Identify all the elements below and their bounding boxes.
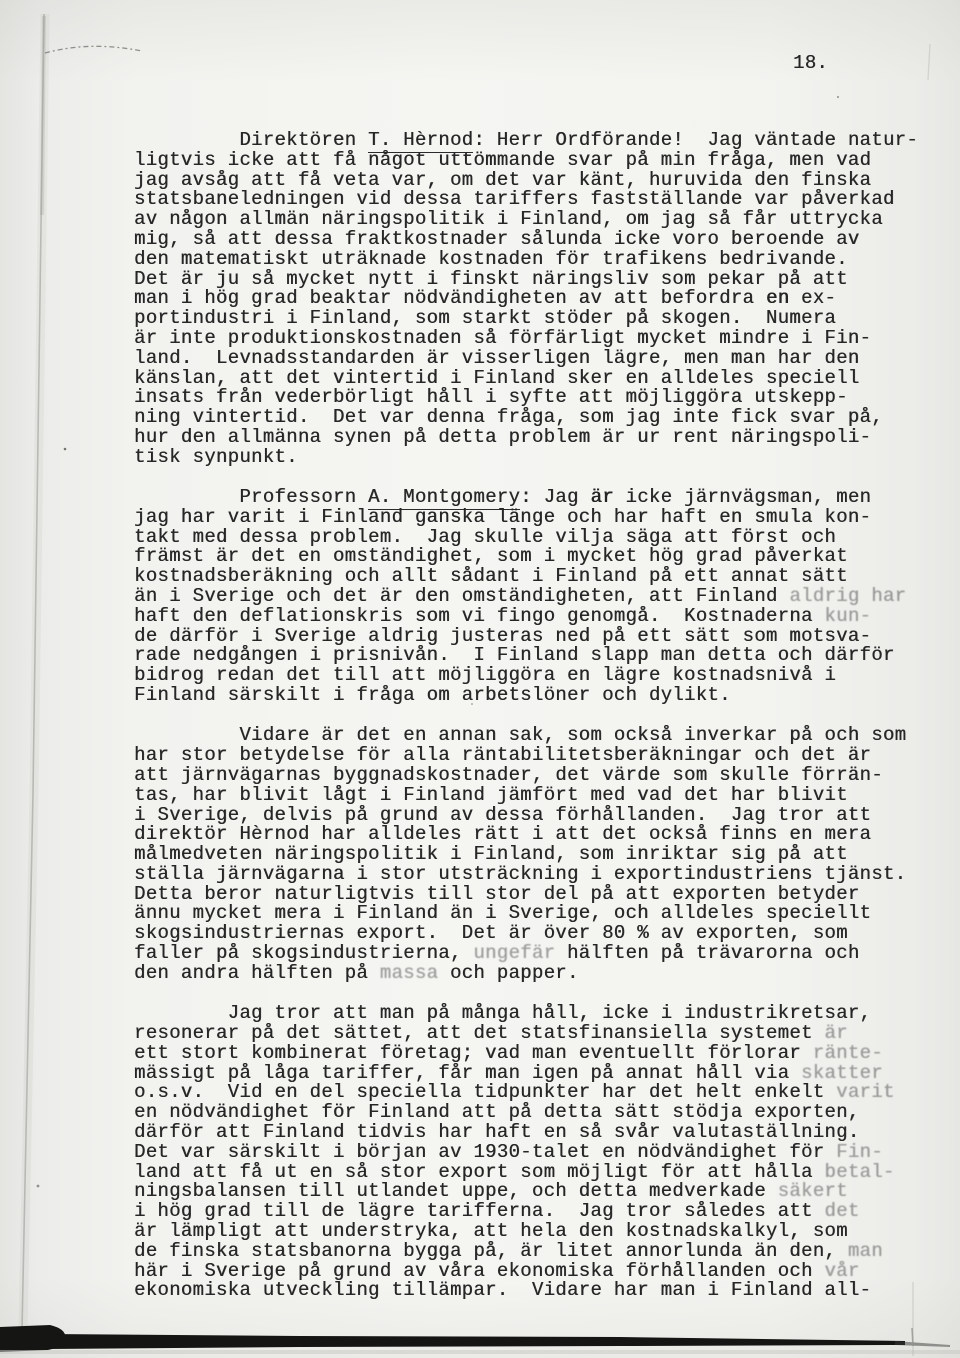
text-segment: tas, har blivit lågt i Finland jämfört m… [134, 784, 848, 806]
text-segment: tisk synpunkt. [134, 446, 298, 468]
text-segment: i hög grad till de lägre tarifferna. Jag… [134, 1200, 824, 1222]
text-segment: man i hög grad beaktar nödvändigheten av… [134, 287, 766, 309]
text-segment: kostnadsberäkning och allt sådant i Finl… [134, 565, 848, 587]
text-segment: är [590, 486, 613, 508]
paper-sheet: 18. Direktören T. Hèrnod: Herr Ordförand… [0, 0, 960, 1358]
text-segment: de därför i Sverige aldrig justeras ned … [134, 625, 871, 647]
text-segment: hälften på trävarorna och [555, 942, 859, 964]
text-segment: därför att Finland tidvis har haft en så… [134, 1121, 860, 1143]
scratch-line [45, 46, 142, 53]
scanned-document-page: { "page": { "number": "18.", "language":… [0, 0, 960, 1358]
text-segment: land att få ut en så stor export som möj… [134, 1161, 824, 1183]
text-segment: att järnvägarnas byggnadskostnader, det … [134, 764, 883, 786]
text-segment: ningsbalansen till utlandet uppe, och de… [134, 1180, 778, 1202]
text-segment: Jag tror att man på många håll, icke i i… [134, 1002, 871, 1024]
text-segment: hur den allmänna synen på detta problem … [134, 426, 871, 448]
text-segment: målmedveten näringspolitik i Finland, so… [134, 843, 848, 865]
text-segment: i Sverige, delvis på grund av dessa förh… [134, 804, 871, 826]
text-line: tisk synpunkt. [134, 448, 934, 468]
text-segment: är [824, 1022, 847, 1044]
text-segment: ligtvis icke att få något uttömmande sva… [134, 149, 871, 171]
text-segment: land. Levnadsstandarden är visserligen l… [134, 347, 860, 369]
text-segment: en [766, 287, 789, 309]
text-segment: direktör Hèrnod har alldeles rätt i att … [134, 823, 871, 845]
text-segment: ning vintertid. Det var denna fråga, som… [134, 406, 883, 428]
text-segment: är inte produktionskostnaden så förfärli… [134, 327, 871, 349]
text-segment: än i Sverige och det är den omständighet… [134, 585, 789, 607]
text-segment: ungefär [473, 942, 555, 964]
text-line: ekonomiska utveckling tillämpar. Vidare … [134, 1281, 934, 1301]
text-segment: Professorn [134, 486, 368, 508]
page-number: 18. [793, 54, 828, 74]
fold-shadow-band [23, 14, 45, 1330]
text-segment: det [824, 1200, 859, 1222]
text-segment: ställa järnvägarna i stor utsträckning i… [134, 863, 906, 885]
text-segment: icke järnvägsman, men [614, 486, 871, 508]
bottom-bar-fadeout [895, 1341, 950, 1347]
paragraph: Vidare är det en annan sak, som också in… [134, 726, 934, 983]
text-segment: portindustri i Finland, som starkt stöde… [134, 307, 836, 329]
fold-line [22, 14, 44, 1330]
text-segment: är lämpligt att understryka, att hela de… [134, 1220, 848, 1242]
text-segment: rade nedgången i prisnivån. I Finland sl… [134, 644, 895, 666]
text-segment: resonerar på det sättet, att det statsfi… [134, 1022, 824, 1044]
text-segment: ekonomiska utveckling tillämpar. Vidare … [134, 1279, 871, 1301]
text-line: den andra hälften på massa och papper. [134, 964, 934, 984]
text-segment: främst är det en omständighet, som i myc… [134, 545, 848, 567]
text-segment: av någon allmän näringspolitik i Finland… [134, 208, 883, 230]
text-line: Finland särskilt i fråga om arbetslöner … [134, 686, 934, 706]
text-segment: man [848, 1240, 883, 1262]
text-segment: haft den deflationskris som vi fingo gen… [134, 605, 824, 627]
text-segment: känslan, att det vintertid i Finland ske… [134, 367, 860, 389]
text-segment: : Herr Ordförande! Jag väntade natur- [473, 129, 918, 151]
text-segment: takt med dessa problem. Jag skulle vilja… [134, 526, 836, 548]
text-segment: Vidare är det en annan sak, som också in… [134, 724, 906, 746]
text-segment: bidrog redan det till att möjliggöra en … [134, 664, 836, 686]
paragraph: Professorn A. Montgomery: Jag är icke jä… [134, 488, 934, 706]
text-segment: kun- [824, 605, 871, 627]
text-segment: Det är ju så mycket nytt i finskt näring… [134, 268, 848, 290]
paragraph: Jag tror att man på många håll, icke i i… [134, 1004, 934, 1301]
ink-speck [837, 96, 839, 98]
paragraph: Direktören T. Hèrnod: Herr Ordförande! J… [134, 131, 934, 468]
text-segment: massa [380, 962, 439, 984]
fold-top-dark [42, 16, 44, 215]
bottom-bar-streak [48, 1334, 905, 1349]
text-segment: ex- [789, 287, 836, 309]
text-block: Direktören T. Hèrnod: Herr Ordförande! J… [134, 131, 934, 1301]
text-segment: ränte- [813, 1042, 883, 1064]
text-segment: faller på skogsindustrierna, [134, 942, 473, 964]
text-segment: ännu mycket mera i Finland än i Sverige,… [134, 902, 871, 924]
text-segment: insats från vederbörligt håll i syfte at… [134, 386, 848, 408]
text-segment: en nödvändighet för Finland att på detta… [134, 1101, 860, 1123]
text-segment: har stor betydelse för alla räntabilitet… [134, 744, 871, 766]
text-segment: mässigt på låga tariffer, får man igen p… [134, 1062, 801, 1084]
text-segment: aldrig har [789, 585, 906, 607]
text-segment: Direktören [134, 129, 368, 151]
ink-speck [64, 448, 67, 451]
text-segment: skogsindustriernas export. Det är över 8… [134, 922, 848, 944]
text-segment: Fin- [836, 1141, 883, 1163]
text-segment: här i Sverige på grund av våra ekonomisk… [134, 1260, 824, 1282]
text-segment: Finland särskilt i fråga om arbetslöner … [134, 684, 731, 706]
right-edge-tick [912, 1328, 913, 1346]
text-segment: jag har varit i Finland ganska länge och… [134, 506, 871, 528]
text-segment: den matematiskt uträknade kostnaden för … [134, 248, 848, 270]
text-segment: statsbaneledningen vid dessa tariffers f… [134, 188, 895, 210]
text-segment: de finska statsbanorna bygga på, är lite… [134, 1240, 848, 1262]
ink-speck [37, 1185, 40, 1188]
text-segment: Detta beror naturligtvis till stor del p… [134, 883, 860, 905]
text-segment: o.s.v. Vid en del speciella tidpunkter h… [134, 1081, 836, 1103]
text-segment: : Jag [520, 486, 590, 508]
text-segment: ett stort kombinerat företag; vad man ev… [134, 1042, 813, 1064]
top-right-streak [928, 44, 930, 80]
scanner-shadow-band [0, 1350, 960, 1354]
text-segment: Det var särskilt i början av 1930-talet … [134, 1141, 836, 1163]
bottom-bar-blob [0, 1325, 65, 1352]
text-segment: varit [836, 1081, 895, 1103]
text-segment: den andra hälften på [134, 962, 380, 984]
text-segment: och papper. [438, 962, 578, 984]
text-segment: mig, så att dessa fraktkostnader sålunda… [134, 228, 860, 250]
text-segment: vår [824, 1260, 859, 1282]
text-segment: jag avsåg att få veta var, om det var kä… [134, 169, 871, 191]
